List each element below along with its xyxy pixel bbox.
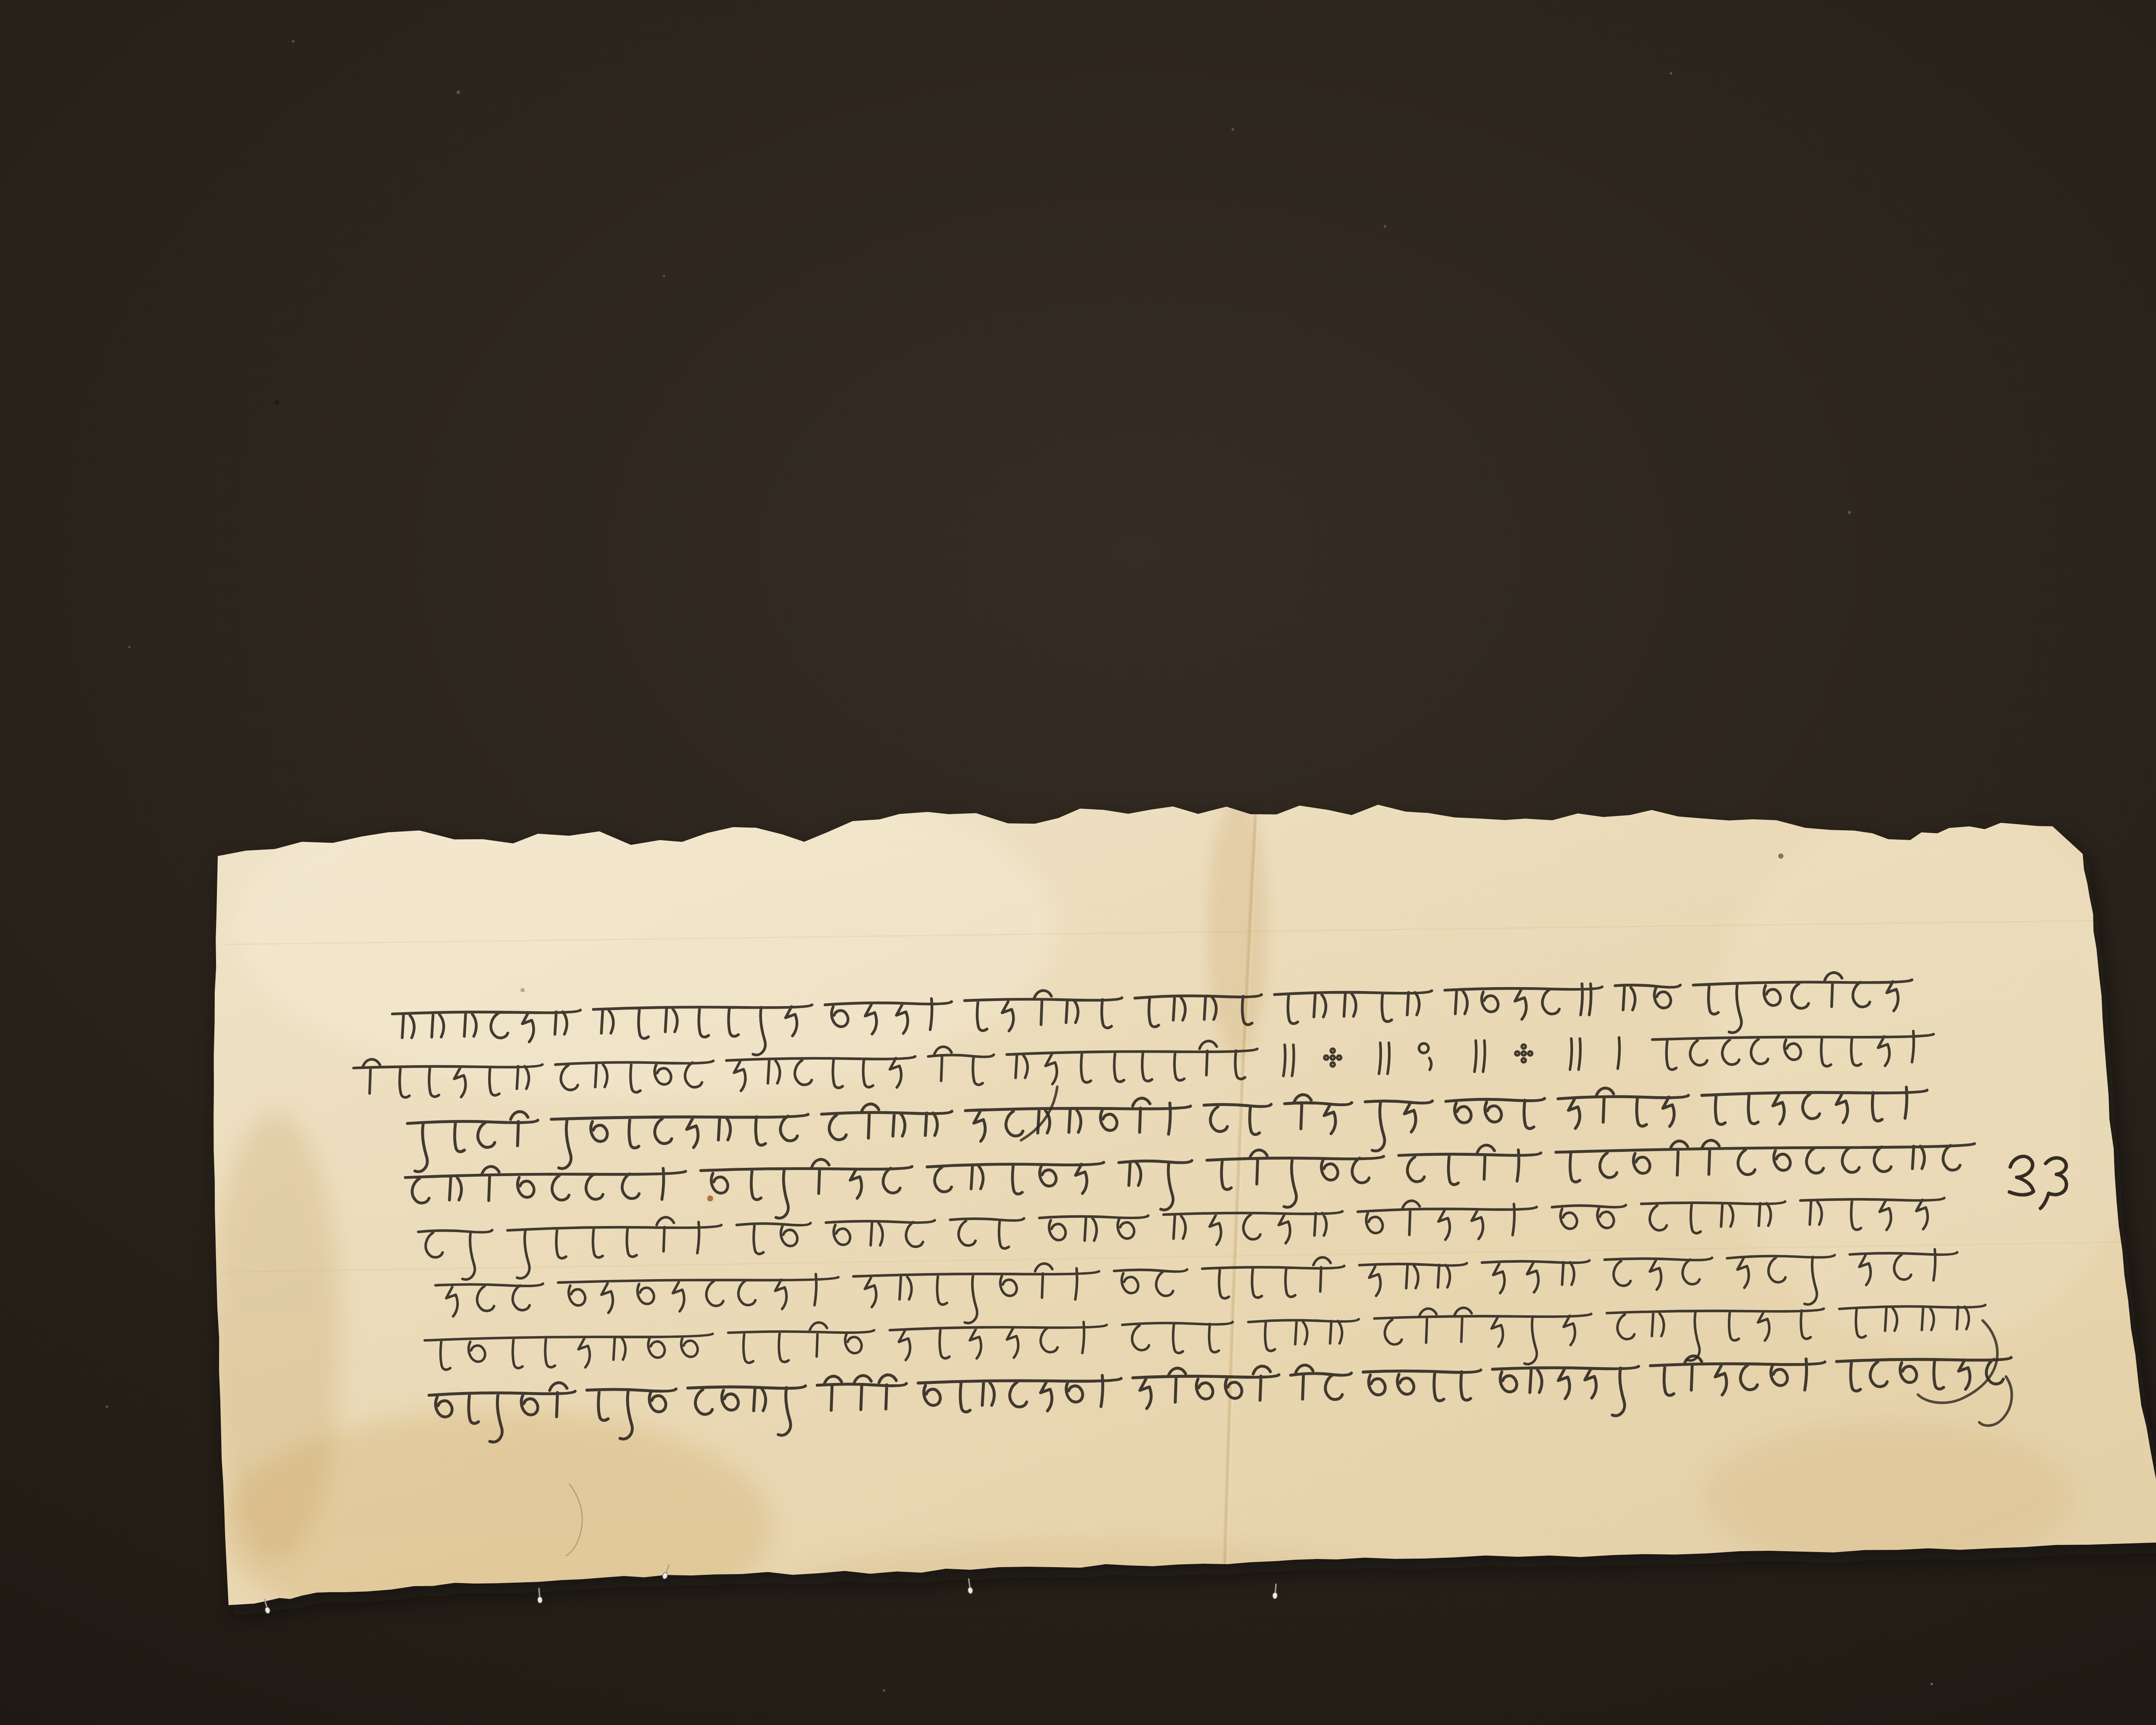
photo-canvas bbox=[0, 0, 2156, 1725]
pin-head bbox=[537, 1596, 542, 1603]
manuscript-photo: ত্বযাদত্তং প্রতিগৃহ্ণামি সংগরে। রথোযাদ্ব… bbox=[0, 0, 2156, 1725]
ink-speck bbox=[1778, 853, 1783, 859]
paper-stain bbox=[211, 1113, 341, 1561]
pin-stem bbox=[1275, 1584, 1276, 1593]
pin-head bbox=[1272, 1592, 1278, 1599]
rust-speck bbox=[520, 988, 525, 992]
page-number: ২৩ bbox=[2001, 1143, 2044, 1199]
pin-stem bbox=[539, 1588, 540, 1597]
